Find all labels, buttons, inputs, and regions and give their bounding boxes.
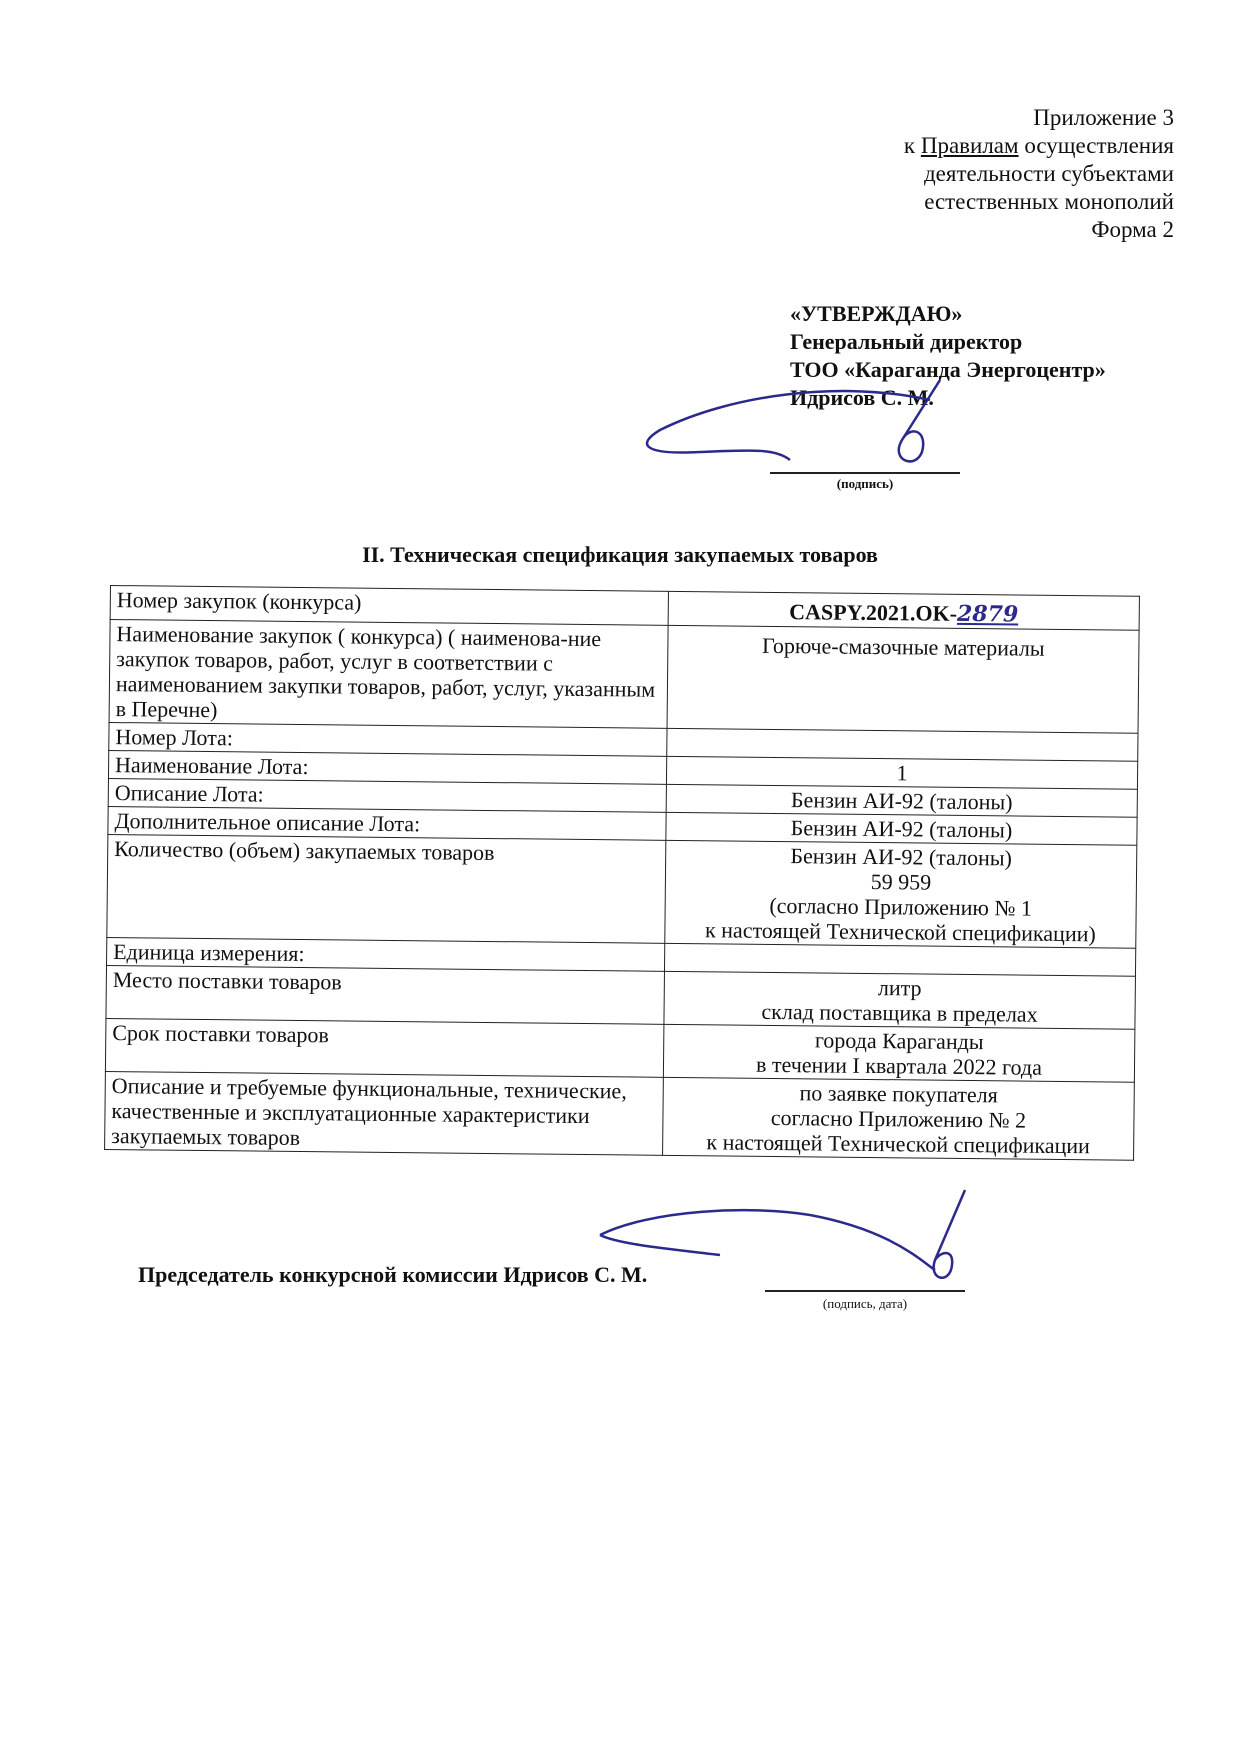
specification-table: Номер закупок (конкурса) CASPY.2021.OK-2… (104, 585, 1140, 1161)
signature-line (765, 1290, 965, 1292)
annex-suffix: осуществления (1019, 133, 1174, 158)
procurement-prefix: CASPY.2021.OK- (789, 599, 957, 626)
value-line: склад поставщика в пределах (670, 998, 1128, 1028)
row-label: Количество (объем) закупаемых товаров (107, 834, 666, 943)
row-value: Бензин АИ-92 (талоны) 59 959 (согласно П… (665, 840, 1137, 948)
approval-stamp: «УТВЕРЖДАЮ» (790, 300, 1106, 328)
row-label: Описание и требуемые функциональные, тех… (105, 1071, 664, 1155)
signature-line (770, 472, 960, 474)
row-label: Наименование закупок ( конкурса) ( наиме… (109, 620, 668, 729)
annex-line: Приложение 3 (904, 104, 1174, 132)
document-page: Приложение 3 к Правилам осуществления де… (0, 0, 1240, 1753)
page-title: II. Техническая спецификация закупаемых … (0, 542, 1240, 568)
approver-position: Генеральный директор (790, 328, 1106, 356)
row-value: Горюче-смазочные материалы (667, 625, 1139, 733)
procurement-number: CASPY.2021.OK-2879 (668, 591, 1139, 630)
form-number: Форма 2 (904, 216, 1174, 244)
annex-line: к Правилам осуществления (904, 132, 1174, 160)
annex-line: естественных монополий (904, 188, 1174, 216)
annex-line: деятельности субъектами (904, 160, 1174, 188)
value-line: в течении I квартала 2022 года (670, 1051, 1128, 1081)
approval-block: «УТВЕРЖДАЮ» Генеральный директор ТОО «Ка… (790, 300, 1106, 412)
row-value: литр склад поставщика в пределах (664, 971, 1136, 1029)
row-value: по заявке покупателя согласно Приложению… (663, 1077, 1135, 1160)
rules-link[interactable]: Правилам (921, 133, 1019, 158)
annex-header: Приложение 3 к Правилам осуществления де… (904, 104, 1174, 244)
table-row: Описание и требуемые функциональные, тех… (105, 1071, 1135, 1160)
signature-date-caption: (подпись, дата) (770, 1296, 960, 1312)
value-line: к настоящей Технической спецификации (669, 1129, 1127, 1159)
commission-chair: Председатель конкурсной комиссии Идрисов… (138, 1262, 647, 1288)
approver-name: Идрисов С. М. (790, 384, 1106, 412)
chair-signature-icon (590, 1180, 990, 1300)
value-line: к настоящей Технической спецификации) (671, 917, 1129, 947)
row-value: города Караганды в течении I квартала 20… (663, 1024, 1135, 1082)
row-label: Номер закупок (конкурса) (110, 586, 668, 626)
table-row: Количество (объем) закупаемых товаров Бе… (107, 834, 1137, 948)
table-row: Наименование закупок ( конкурса) ( наиме… (109, 620, 1139, 734)
signature-caption: (подпись) (775, 476, 955, 492)
organization-name: ТОО «Караганда Энергоцентр» (790, 356, 1106, 384)
row-label: Срок поставки товаров (105, 1018, 664, 1077)
annex-prefix: к (904, 133, 921, 158)
row-label: Место поставки товаров (106, 965, 665, 1024)
handwritten-number: 2879 (957, 601, 1019, 628)
